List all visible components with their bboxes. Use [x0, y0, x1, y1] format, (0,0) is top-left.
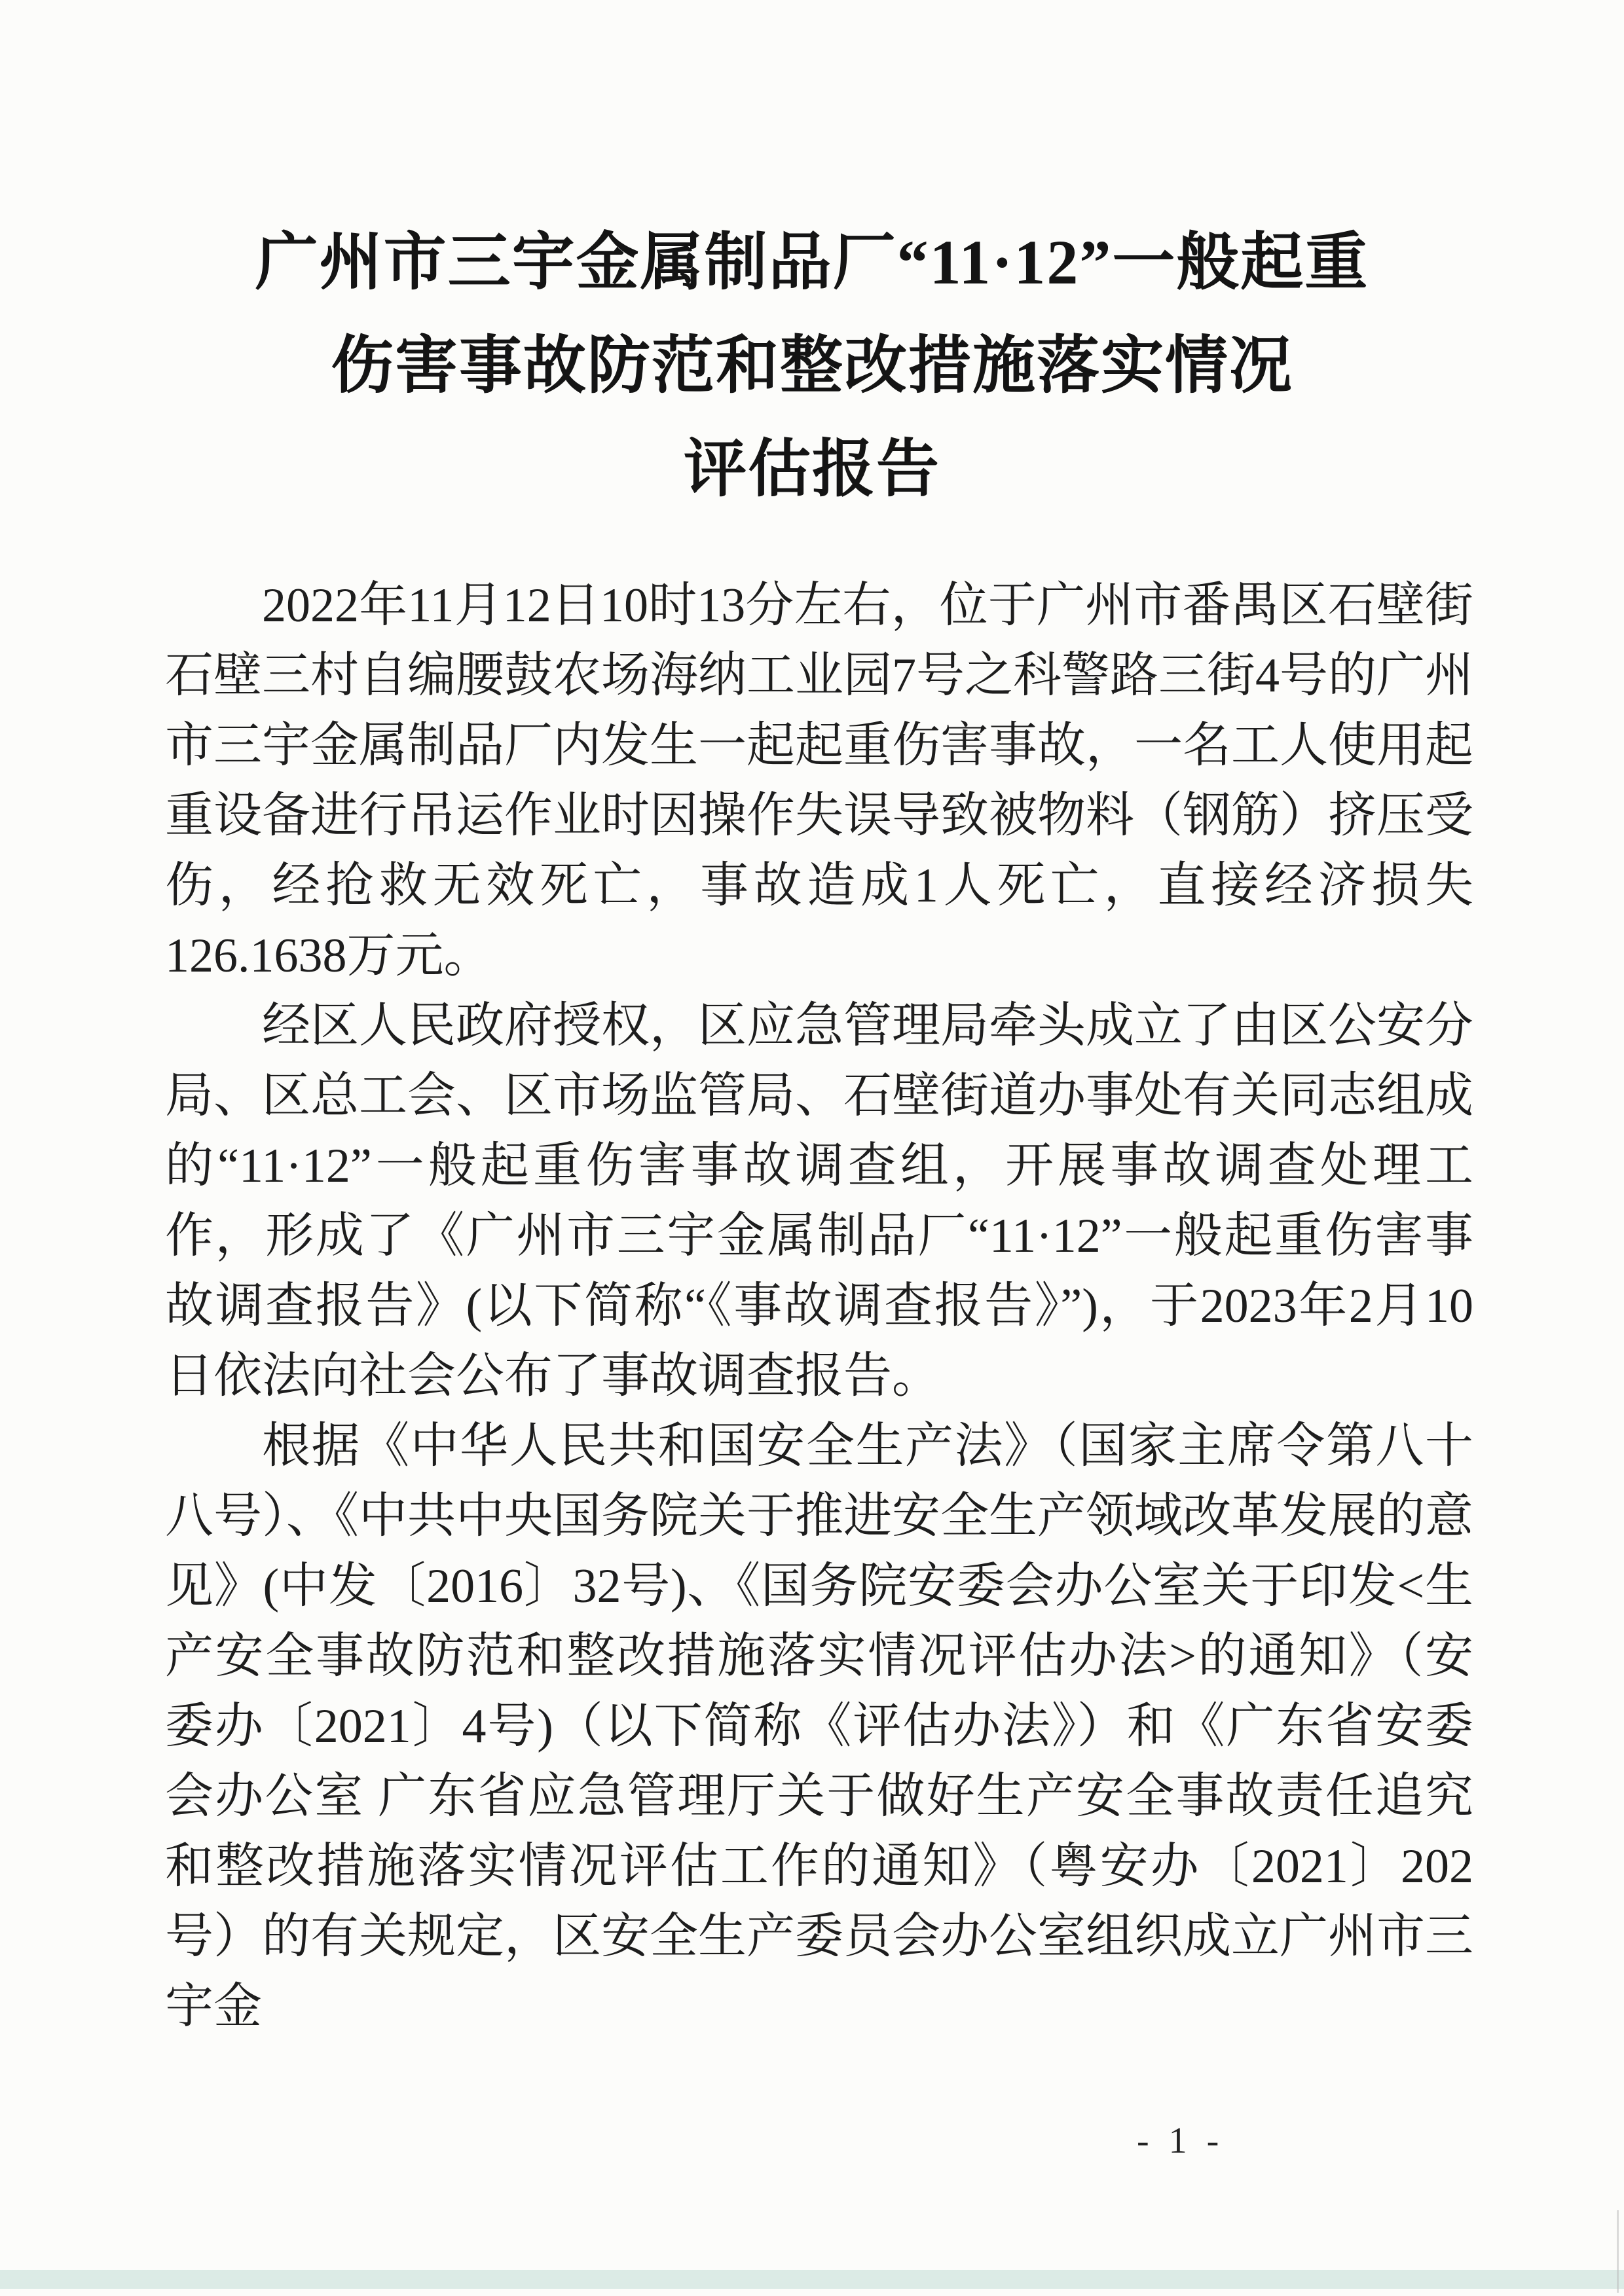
page-number: - 1 - [1137, 2120, 1224, 2162]
scan-artifact-band [0, 2270, 1624, 2289]
paragraph-legal-basis: 根据《中华人民共和国安全生产法》（国家主席令第八十八号）、《中共中央国务院关于推… [165, 1412, 1473, 2042]
title-line-3: 评估报告 [0, 418, 1624, 521]
title-line-1: 广州市三宇金属制品厂“11·12”一般起重 [0, 211, 1624, 314]
paragraph-investigation-team: 经区人民政府授权，区应急管理局牵头成立了由区公安分局、区总工会、区市场监管局、石… [165, 991, 1473, 1412]
title-line-2: 伤害事故防范和整改措施落实情况 [0, 314, 1624, 418]
scanned-document-page: 广州市三宇金属制品厂“11·12”一般起重 伤害事故防范和整改措施落实情况 评估… [0, 0, 1624, 2296]
document-title: 广州市三宇金属制品厂“11·12”一般起重 伤害事故防范和整改措施落实情况 评估… [0, 211, 1624, 521]
paragraph-accident-overview: 2022年11月12日10时13分左右，位于广州市番禺区石壁街石壁三村自编腰鼓农… [165, 571, 1473, 991]
scan-artifact-edge-line [1617, 2210, 1619, 2293]
document-body: 2022年11月12日10时13分左右，位于广州市番禺区石壁街石壁三村自编腰鼓农… [165, 571, 1473, 2042]
